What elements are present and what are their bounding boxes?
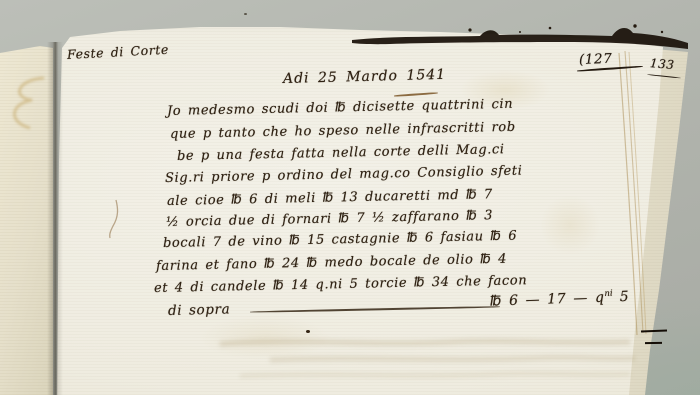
total-superscript: ni <box>604 289 613 299</box>
ink-dot <box>306 330 310 333</box>
paper-stain <box>540 195 600 255</box>
margin-stroke <box>108 198 124 240</box>
show-through-text <box>210 336 640 388</box>
closing-word: di sopra <box>168 301 231 319</box>
crease-lines <box>605 45 665 357</box>
folio-number-current: (127 <box>579 51 613 68</box>
edge-ink-dash <box>645 342 662 344</box>
gutter-shadow <box>47 42 63 395</box>
photo-of-manuscript: Feste di Corte (127 133 Adi 25 Mardo 154… <box>0 0 700 395</box>
background-speck <box>244 13 247 15</box>
folio-number-next: 133 <box>649 56 675 72</box>
total-suffix: 5 <box>620 289 630 305</box>
